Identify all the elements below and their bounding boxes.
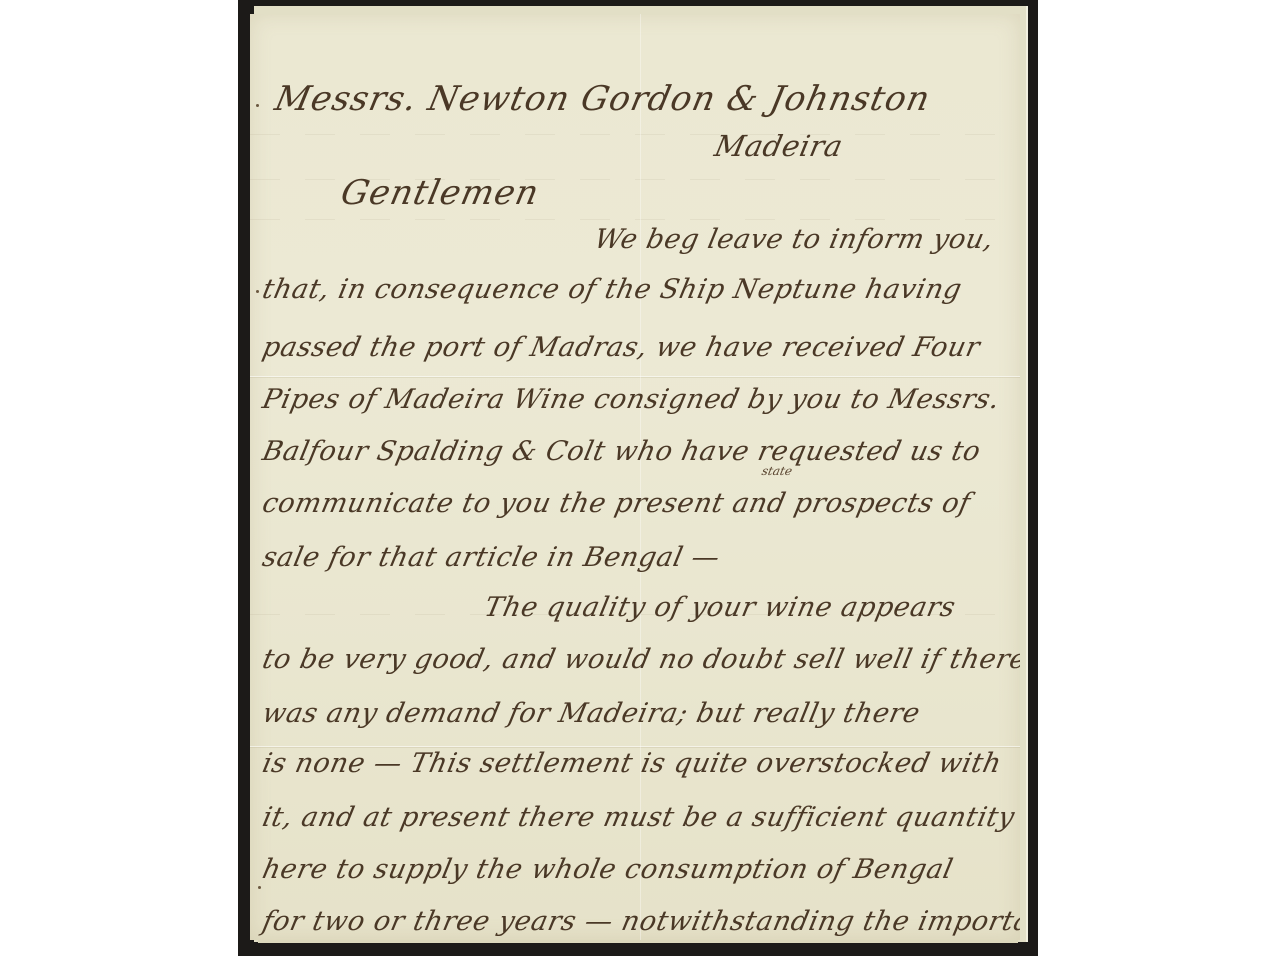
letter-page: Messrs. Newton Gordon & Johnston Madeira… bbox=[250, 14, 1020, 940]
sheet-edge bbox=[258, 940, 1018, 943]
bleed-through-line bbox=[250, 219, 1020, 220]
text-line: The quality of your wine appears bbox=[482, 594, 958, 621]
margin-mark bbox=[256, 104, 259, 107]
text-line: passed the port of Madras, we have recei… bbox=[260, 334, 983, 361]
letter-scan-view: Messrs. Newton Gordon & Johnston Madeira… bbox=[0, 0, 1276, 956]
interlinear-insertion: state bbox=[761, 464, 794, 478]
margin-mark bbox=[258, 886, 261, 889]
text-line: here to supply the whole consumption of … bbox=[260, 856, 956, 883]
text-line: to be very good, and would no doubt sell… bbox=[260, 646, 1020, 673]
text-line: We beg leave to inform you, bbox=[592, 226, 996, 253]
text-line: is none — This settlement is quite overs… bbox=[260, 750, 1004, 777]
fold-crease bbox=[250, 376, 1020, 377]
text-line: for two or three years — notwithstanding… bbox=[260, 908, 1020, 935]
text-line: sale for that article in Bengal — bbox=[260, 544, 722, 571]
text-line: was any demand for Madeira; but really t… bbox=[260, 700, 923, 727]
location-line: Madeira bbox=[712, 132, 846, 161]
insertion-caret: ‸ bbox=[750, 496, 754, 510]
salutation-line: Gentlemen bbox=[338, 176, 542, 210]
text-line: communicate to you the present and prosp… bbox=[260, 490, 973, 517]
margin-mark bbox=[256, 290, 259, 293]
addressee-line: Messrs. Newton Gordon & Johnston bbox=[272, 82, 933, 116]
text-line: it, and at present there must be a suffi… bbox=[260, 804, 1017, 831]
bleed-through-line bbox=[250, 134, 1020, 135]
text-line: Balfour Spalding & Colt who have request… bbox=[260, 438, 983, 465]
text-line: that, in consequence of the Ship Neptune… bbox=[260, 276, 964, 303]
fold-crease bbox=[250, 746, 1020, 747]
text-line: Pipes of Madeira Wine consigned by you t… bbox=[260, 386, 1002, 413]
